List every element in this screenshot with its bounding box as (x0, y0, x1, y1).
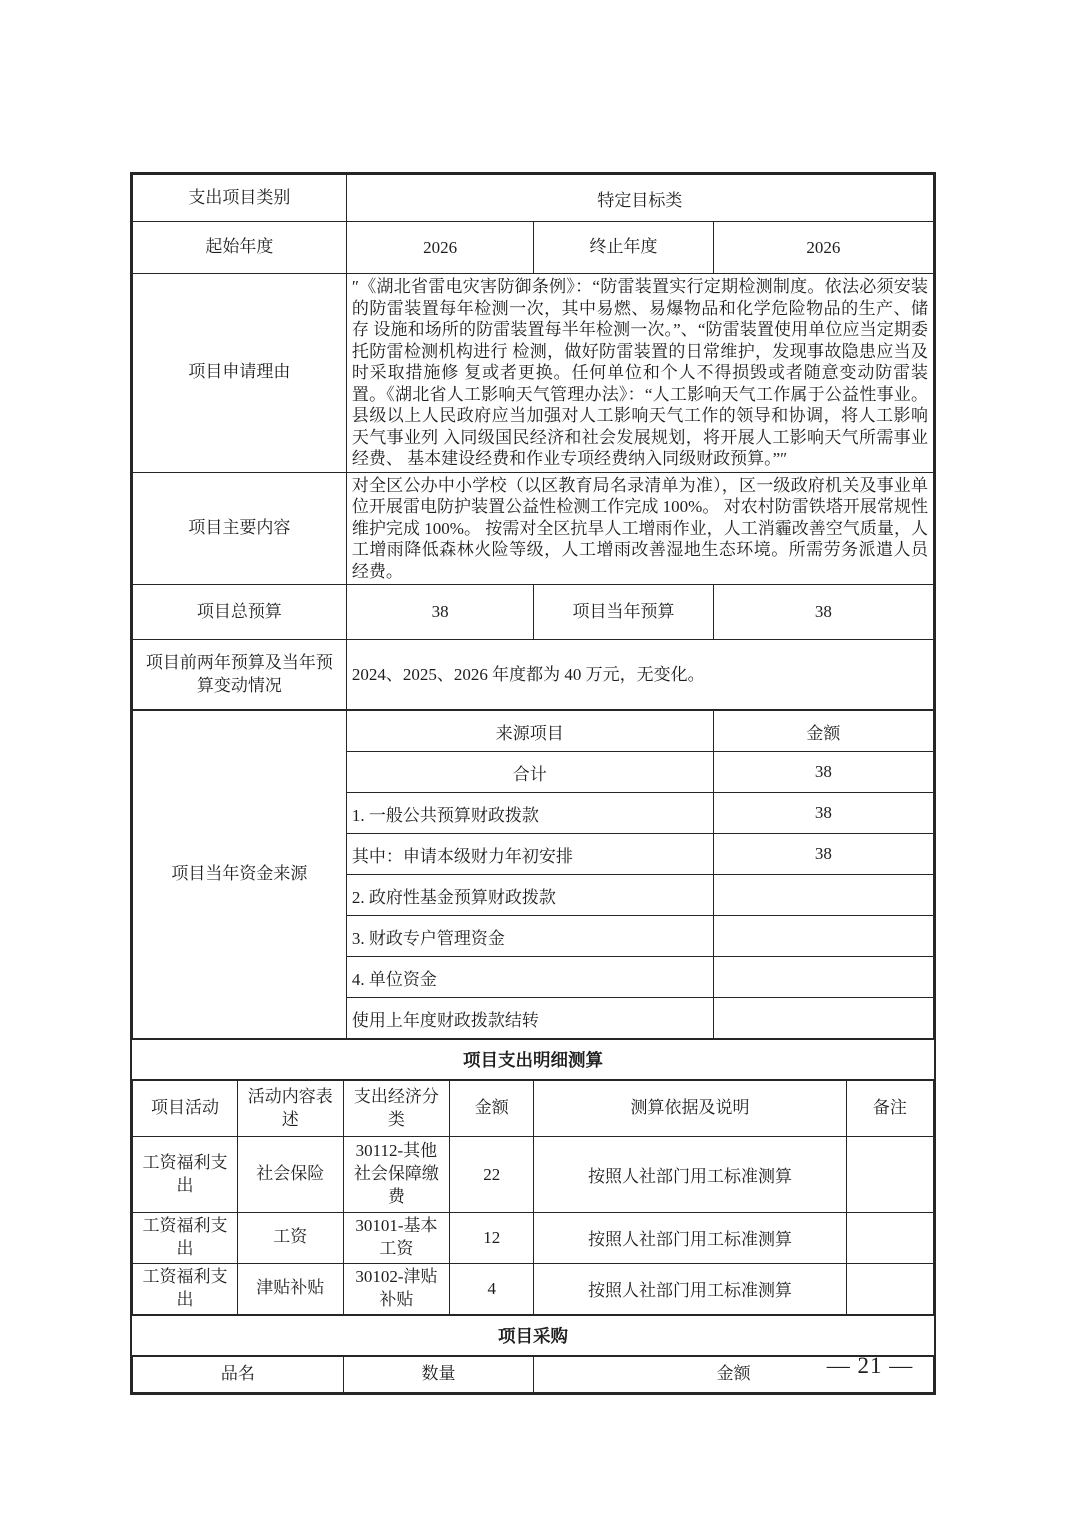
funding-general-label: 1. 一般公共预算财政拨款 (346, 793, 713, 834)
procurement-section-title: 项目采购 (132, 1315, 934, 1356)
detail-description: 社会保险 (237, 1137, 343, 1213)
funding-govfund-amount (713, 875, 933, 916)
prior-years-budget-label: 项目前两年预算及当年预算变动情况 (133, 640, 347, 710)
application-reason-label: 项目申请理由 (133, 274, 347, 473)
col-header-activity: 项目活动 (133, 1081, 238, 1137)
detail-remark (846, 1213, 933, 1264)
detail-basis: 按照人社部门用工标准测算 (534, 1137, 846, 1213)
detail-amount: 22 (450, 1137, 534, 1213)
funding-total-label: 合计 (346, 752, 713, 793)
funding-unit-label: 4. 单位资金 (346, 957, 713, 998)
funding-ownlevel-amount: 38 (713, 834, 933, 875)
detail-amount: 4 (450, 1263, 534, 1314)
col-header-quantity: 数量 (343, 1356, 534, 1392)
project-budget-table: 支出项目类别 特定目标类 起始年度 2026 终止年度 2026 项目申请理由 … (130, 172, 936, 1395)
main-content-label: 项目主要内容 (133, 472, 347, 585)
detail-row-salary: 工资福利支出 工资 30101-基本工资 12 按照人社部门用工标准测算 (133, 1213, 934, 1264)
page-number: — 21 — (808, 1353, 932, 1379)
detail-description: 津贴补贴 (237, 1263, 343, 1314)
funding-ownlevel-label: 其中：申请本级财力年初安排 (346, 834, 713, 875)
main-content-text: 对全区公办中小学校（以区教育局名录清单为准），区一级政府机关及事业单位开展雷电防… (346, 472, 933, 585)
detail-remark (846, 1263, 933, 1314)
funding-special-label: 3. 财政专户管理资金 (346, 916, 713, 957)
funding-govfund-label: 2. 政府性基金预算财政拨款 (346, 875, 713, 916)
detail-economic-class: 30102-津贴补贴 (343, 1263, 450, 1314)
funding-carryover-amount (713, 998, 933, 1039)
current-year-budget-label: 项目当年预算 (534, 585, 713, 640)
prior-years-budget-value: 2024、2025、2026 年度都为 40 万元，无变化。 (346, 640, 933, 710)
start-year-value: 2026 (346, 222, 533, 274)
funding-amount-header: 金额 (713, 711, 933, 752)
funding-special-amount (713, 916, 933, 957)
detail-economic-class: 30101-基本工资 (343, 1213, 450, 1264)
funding-general-amount: 38 (713, 793, 933, 834)
funding-total-amount: 38 (713, 752, 933, 793)
col-header-economic-class: 支出经济分类 (343, 1081, 450, 1137)
detail-activity: 工资福利支出 (133, 1213, 238, 1264)
category-row: 支出项目类别 特定目标类 (133, 175, 934, 222)
funding-unit-amount (713, 957, 933, 998)
funding-table: 项目当年资金来源 来源项目 金额 合计 38 1. 一般公共预算财政拨款 38 … (132, 710, 934, 1039)
detail-row-social-insurance: 工资福利支出 社会保险 30112-其他社会保障缴费 22 按照人社部门用工标准… (133, 1137, 934, 1213)
main-content-row: 项目主要内容 对全区公办中小学校（以区教育局名录清单为准），区一级政府机关及事业… (133, 472, 934, 585)
application-reason-text: ″《湖北省雷电灾害防御条例》：“防雷装置实行定期检测制度。依法必须安装的防雷装置… (346, 274, 933, 473)
detail-remark (846, 1137, 933, 1213)
years-row: 起始年度 2026 终止年度 2026 (133, 222, 934, 274)
detail-activity: 工资福利支出 (133, 1263, 238, 1314)
detail-economic-class: 30112-其他社会保障缴费 (343, 1137, 450, 1213)
start-year-label: 起始年度 (133, 222, 347, 274)
col-header-basis: 测算依据及说明 (534, 1081, 846, 1137)
col-header-remark: 备注 (846, 1081, 933, 1137)
summary-table: 支出项目类别 特定目标类 起始年度 2026 终止年度 2026 项目申请理由 … (132, 174, 934, 710)
funding-section-label: 项目当年资金来源 (133, 711, 347, 1039)
detail-amount: 12 (450, 1213, 534, 1264)
col-header-description: 活动内容表述 (237, 1081, 343, 1137)
funding-carryover-label: 使用上年度财政拨款结转 (346, 998, 713, 1039)
total-budget-label: 项目总预算 (133, 585, 347, 640)
application-reason-row: 项目申请理由 ″《湖北省雷电灾害防御条例》：“防雷装置实行定期检测制度。依法必须… (133, 274, 934, 473)
expenditure-category-label: 支出项目类别 (133, 175, 347, 222)
current-year-budget-value: 38 (713, 585, 933, 640)
detail-header-row: 项目活动 活动内容表述 支出经济分类 金额 测算依据及说明 备注 (133, 1081, 934, 1137)
total-budget-value: 38 (346, 585, 533, 640)
end-year-value: 2026 (713, 222, 933, 274)
detail-section-title: 项目支出明细测算 (132, 1039, 934, 1080)
funding-header-row: 项目当年资金来源 来源项目 金额 (133, 711, 934, 752)
expenditure-detail-table: 项目活动 活动内容表述 支出经济分类 金额 测算依据及说明 备注 工资福利支出 … (132, 1080, 934, 1315)
document-page: 支出项目类别 特定目标类 起始年度 2026 终止年度 2026 项目申请理由 … (0, 0, 1074, 1520)
detail-basis: 按照人社部门用工标准测算 (534, 1263, 846, 1314)
end-year-label: 终止年度 (534, 222, 713, 274)
col-header-item-name: 品名 (133, 1356, 344, 1392)
detail-activity: 工资福利支出 (133, 1137, 238, 1213)
prior-years-budget-row: 项目前两年预算及当年预算变动情况 2024、2025、2026 年度都为 40 … (133, 640, 934, 710)
funding-source-header: 来源项目 (346, 711, 713, 752)
detail-row-allowance: 工资福利支出 津贴补贴 30102-津贴补贴 4 按照人社部门用工标准测算 (133, 1263, 934, 1314)
detail-description: 工资 (237, 1213, 343, 1264)
expenditure-category-value: 特定目标类 (346, 175, 933, 222)
detail-basis: 按照人社部门用工标准测算 (534, 1213, 846, 1264)
col-header-amount: 金额 (450, 1081, 534, 1137)
budget-row: 项目总预算 38 项目当年预算 38 (133, 585, 934, 640)
